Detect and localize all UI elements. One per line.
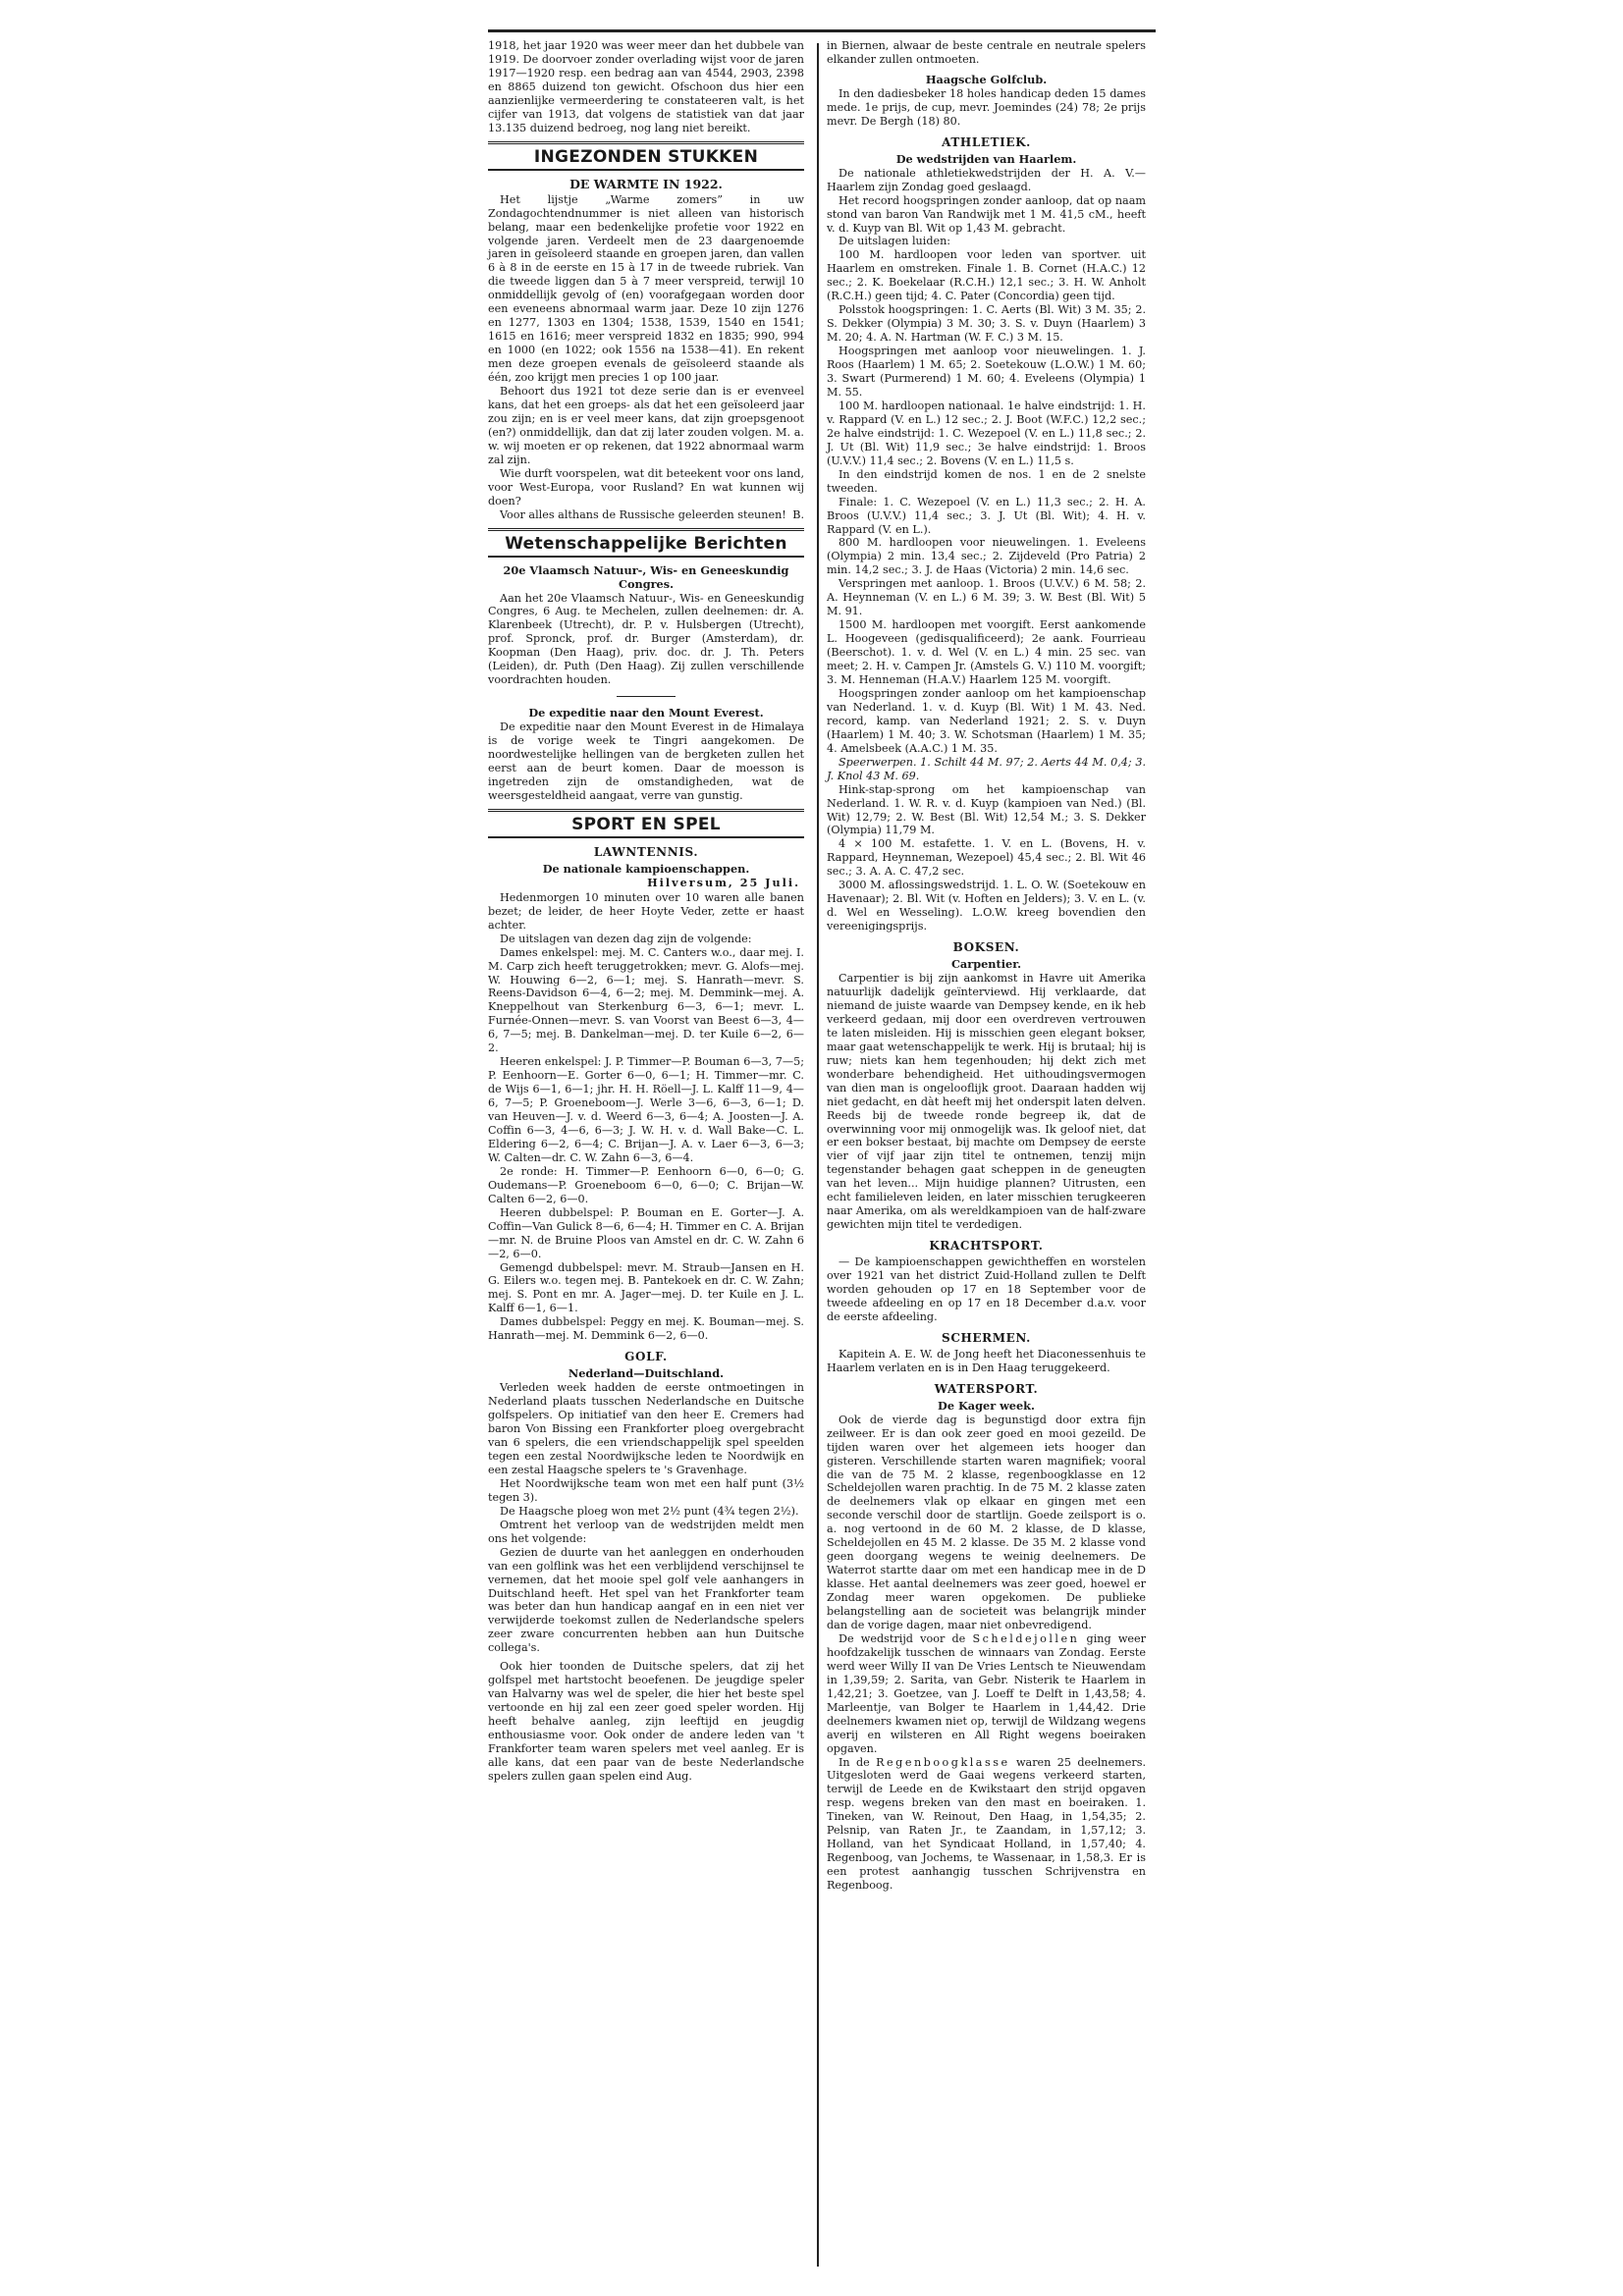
athletiek-paragraph: 100 M. hardloopen nationaal. 1e halve ei… — [827, 400, 1146, 468]
athletiek-paragraph: Verspringen met aanloop. 1. Broos (U.V.V… — [827, 577, 1146, 618]
krachtsport-title: KRACHTSPORT. — [827, 1240, 1146, 1254]
golf-subtitle: Nederland—Duitschland. — [488, 1366, 804, 1380]
athletiek-paragraph: 100 M. hardloopen voor leden van sportve… — [827, 248, 1146, 303]
haagsche-golfclub-body: In den dadiesbeker 18 holes handicap ded… — [827, 87, 1146, 129]
section-heading-sport: SPORT EN SPEL — [488, 809, 804, 838]
watersport-p3-rest: waren 25 deelnemers. Uitgesloten werd de… — [827, 1756, 1146, 1893]
athletiek-paragraph: 800 M. hardloopen voor nieuwelingen. 1. … — [827, 536, 1146, 577]
athletiek-paragraph: Hoogspringen met aanloop voor nieuweling… — [827, 345, 1146, 400]
athletiek-title: ATHLETIEK. — [827, 136, 1146, 150]
athletiek-paragraph: Het record hoogspringen zonder aanloop, … — [827, 194, 1146, 236]
lawntennis-paragraph: Heeren dubbelspel: P. Bouman en E. Gorte… — [488, 1206, 804, 1261]
krachtsport-body: — De kampioenschappen gewichtheffen en w… — [827, 1255, 1146, 1324]
athletiek-paragraph: 1500 M. hardloopen met voorgift. Eerst a… — [827, 618, 1146, 687]
schermen-title: SCHERMEN. — [827, 1332, 1146, 1346]
athletiek-paragraph: 4 × 100 M. estafette. 1. V. en L. (Boven… — [827, 837, 1146, 879]
warmte-paragraph-1: Het lijstje „Warme zomers” in uw Zondago… — [488, 193, 804, 385]
congres-body: Aan het 20e Vlaamsch Natuur-, Wis- en Ge… — [488, 592, 804, 688]
schermen-body: Kapitein A. E. W. de Jong heeft het Diac… — [827, 1348, 1146, 1375]
lawntennis-title: LAWNTENNIS. — [488, 846, 804, 860]
continuation-text: 1918, het jaar 1920 was weer meer dan he… — [488, 39, 804, 135]
warmte-paragraph-2: Behoort dus 1921 tot deze serie dan is e… — [488, 385, 804, 467]
lawntennis-paragraph: Heeren enkelspel: J. P. Timmer—P. Bouman… — [488, 1055, 804, 1165]
article-title-everest: De expeditie naar den Mount Everest. — [488, 706, 804, 720]
column-divider — [817, 43, 819, 2267]
right-column: in Biernen, alwaar de beste centrale en … — [827, 39, 1146, 1893]
everest-body: De expeditie naar den Mount Everest in d… — [488, 721, 804, 803]
watersport-subtitle: De Kager week. — [827, 1399, 1146, 1413]
warmte-closing-text: Voor alles althans de Russische geleerde… — [488, 508, 786, 522]
haagsche-golfclub-title: Haagsche Golfclub. — [827, 73, 1146, 86]
lawntennis-paragraph: Gemengd dubbelspel: mevr. M. Straub—Jans… — [488, 1261, 804, 1316]
athletiek-paragraph: De nationale athletiekwedstrijden der H.… — [827, 167, 1146, 194]
article-separator — [617, 696, 676, 697]
section-heading-ingezonden: INGEZONDEN STUKKEN — [488, 141, 804, 171]
athletiek-paragraph: Hink-stap-sprong om het kampioenschap va… — [827, 783, 1146, 838]
lawntennis-paragraph: Hedenmorgen 10 minuten over 10 waren all… — [488, 891, 804, 933]
athletiek-subtitle: De wedstrijden van Haarlem. — [827, 152, 1146, 166]
left-column: 1918, het jaar 1920 was weer meer dan he… — [488, 39, 804, 1784]
warmte-closing: Voor alles althans de Russische geleerde… — [488, 508, 804, 522]
athletiek-paragraph: Speerwerpen. 1. Schilt 44 M. 97; 2. Aert… — [827, 756, 1146, 783]
lawntennis-paragraph: De uitslagen van dezen dag zijn de volge… — [488, 933, 804, 946]
athletiek-paragraph: De uitslagen luiden: — [827, 235, 1146, 248]
lawntennis-subtitle: De nationale kampioenschappen. — [488, 862, 804, 876]
golf-paragraph: De Haagsche ploeg won met 2½ punt (4¾ te… — [488, 1505, 804, 1519]
newspaper-page: 1918, het jaar 1920 was weer meer dan he… — [488, 29, 1154, 2282]
golf-paragraph: Omtrent het verloop van de wedstrijden m… — [488, 1519, 804, 1546]
article-title-warmte: DE WARMTE IN 1922. — [488, 177, 804, 191]
article-title-congres: 20e Vlaamsch Natuur-, Wis- en Geneeskund… — [488, 563, 804, 591]
lawntennis-dateline: Hilversum, 25 Juli. — [488, 877, 800, 890]
top-rule — [488, 29, 1156, 32]
watersport-p2-rest: ging weer hoofdzakelijk tusschen de winn… — [827, 1632, 1146, 1755]
golf-paragraph: Het Noordwijksche team won met een half … — [488, 1477, 804, 1505]
warmte-paragraph-3: Wie durft voorspelen, wat dit beteekent … — [488, 467, 804, 508]
golf-paragraph: Verleden week hadden de eerste ontmoetin… — [488, 1381, 804, 1477]
athletiek-paragraph: In den eindstrijd komen de nos. 1 en de … — [827, 468, 1146, 496]
golf-continuation: in Biernen, alwaar de beste centrale en … — [827, 39, 1146, 67]
boksen-body: Carpentier is bij zijn aankomst in Havre… — [827, 972, 1146, 1232]
athletiek-paragraph: Polsstok hoogspringen: 1. C. Aerts (Bl. … — [827, 303, 1146, 345]
athletiek-paragraph: Finale: 1. C. Wezepoel (V. en L.) 11,3 s… — [827, 496, 1146, 537]
golf-title: GOLF. — [488, 1351, 804, 1364]
boksen-subtitle: Carpentier. — [827, 957, 1146, 971]
section-heading-wetenschappelijk: Wetenschappelijke Berichten — [488, 528, 804, 558]
athletiek-paragraph: 3000 M. aflossingswedstrijd. 1. L. O. W.… — [827, 879, 1146, 934]
boksen-title: BOKSEN. — [827, 941, 1146, 955]
watersport-title: WATERSPORT. — [827, 1383, 1146, 1397]
golf-paragraph: Ook hier toonden de Duitsche spelers, da… — [488, 1660, 804, 1784]
watersport-paragraph-3: In de Regenboogklasse waren 25 deelnemer… — [827, 1756, 1146, 1894]
watersport-p3-lead: In de — [839, 1756, 870, 1769]
watersport-p2-lead: De wedstrijd voor de — [839, 1632, 965, 1645]
athletiek-paragraph: Hoogspringen zonder aanloop om het kampi… — [827, 687, 1146, 756]
watersport-paragraph-2: De wedstrijd voor de Scheldejollen ging … — [827, 1632, 1146, 1756]
watersport-paragraph-1: Ook de vierde dag is begunstigd door ext… — [827, 1414, 1146, 1632]
lawntennis-paragraph: 2e ronde: H. Timmer—P. Eenhoorn 6—0, 6—0… — [488, 1165, 804, 1206]
golf-paragraph: Gezien de duurte van het aanleggen en on… — [488, 1546, 804, 1656]
lawntennis-paragraph: Dames enkelspel: mej. M. C. Canters w.o.… — [488, 946, 804, 1056]
lawntennis-paragraph: Dames dubbelspel: Peggy en mej. K. Bouma… — [488, 1315, 804, 1343]
watersport-p2-class: Scheldejollen — [973, 1632, 1080, 1645]
watersport-p3-class: Regenboogklasse — [876, 1756, 1009, 1769]
